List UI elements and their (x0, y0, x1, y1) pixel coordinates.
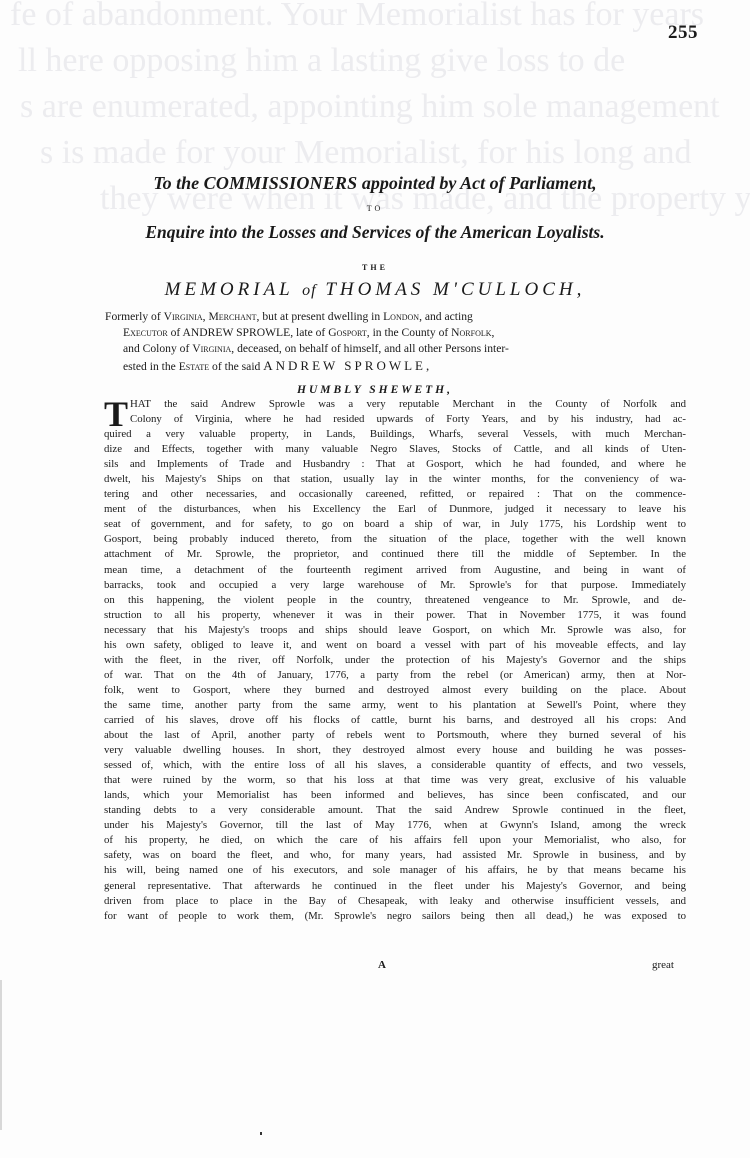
body-line: sils and Implements of Trade and Husband… (104, 457, 686, 472)
body-line: for want of people to work them, (Mr. Sp… (104, 909, 686, 924)
text-run: , and acting (419, 310, 473, 323)
addressee-caps: COMMISSIONERS (204, 173, 358, 193)
body-line: ment of the disturbances, when his Excel… (104, 502, 686, 517)
catchword: great (652, 959, 674, 971)
purpose-heading: Enquire into the Losses and Services of … (0, 222, 750, 243)
body-line: his own safety, obliged to leave it, and… (104, 638, 686, 653)
body-line: tering and other necessaries, and occasi… (104, 487, 686, 502)
memorial-of: of (302, 282, 316, 299)
memorial-name: THOMAS M'CULLOCH, (325, 279, 585, 300)
memorial-title: MEMORIAL of THOMAS M'CULLOCH, (0, 279, 750, 301)
body-lines: HAT the said Andrew Sprowle was a very r… (104, 397, 686, 924)
bleed-line: ll here opposing him a lasting give loss… (0, 38, 750, 84)
text-run: Norfolk (451, 326, 491, 339)
body-line: struction to all his property, whenever … (104, 608, 686, 623)
text-run: Virginia (192, 342, 231, 355)
body-line: under his Majesty's Governor, till the l… (104, 818, 686, 833)
body-line: carried of his slaves, drove off his flo… (104, 713, 686, 728)
bleed-line: fe of abandonment. Your Memorialist has … (0, 0, 750, 38)
body-line: Gosport, being probably induced thereto,… (104, 532, 686, 547)
body-line: the same time, another party from the sa… (104, 698, 686, 713)
body-line: dize and Effects, together with many val… (104, 442, 686, 457)
body-line: sessed of, which, with the entire loss o… (104, 758, 686, 773)
addressee-suffix: appointed by Act of Parliament, (362, 173, 597, 193)
description-line: Formerly of Virginia, Merchant, but at p… (105, 309, 685, 325)
drop-cap: T (104, 399, 128, 429)
text-run: , but at present dwelling in (257, 310, 384, 323)
body-line: attachment of Mr. Sprowle, the proprieto… (104, 547, 686, 562)
text-run: Executor (123, 326, 168, 339)
body-line: HAT the said Andrew Sprowle was a very r… (104, 397, 686, 412)
body-line: very valuable dwelling houses. In short,… (104, 743, 686, 758)
signature-mark: A (378, 959, 386, 971)
body-line: barracks, took and occupied a very large… (104, 578, 686, 593)
body-line: folk, went to Gosport, where they burned… (104, 683, 686, 698)
description-line: ested in the Estate of the said ANDREW S… (105, 358, 685, 375)
body-line: about the last of April, another party o… (104, 728, 686, 743)
bleed-line: s are enumerated, appointing him sole ma… (0, 84, 750, 130)
text-run: Formerly of (105, 310, 164, 323)
body-line: standing debts to a very considerable am… (104, 803, 686, 818)
text-run: Merchant (208, 310, 256, 323)
the-line: THE (0, 263, 750, 272)
body-line: of his property, he died, on which the c… (104, 833, 686, 848)
paper-speck (260, 1132, 262, 1135)
body-line: with the fleet, in the river, off Norfol… (104, 653, 686, 668)
text-run: , in the County of (367, 326, 451, 339)
text-run: ested in the (123, 360, 179, 373)
text-run: Virginia (164, 310, 203, 323)
text-run: ANDREW SPROWLE, (263, 358, 432, 373)
description-line: Executor of ANDREW SPROWLE, late of Gosp… (105, 325, 685, 341)
body-line: safety, was on board the fleet, and who,… (104, 848, 686, 863)
body-line: lands, which your Memorialist has been i… (104, 788, 686, 803)
body-line: of war. That on the 4th of January, 1776… (104, 668, 686, 683)
body-line: his will, being named one of his executo… (104, 863, 686, 878)
body-line: dwelt, his Majesty's Ships on that stati… (104, 472, 686, 487)
body-line: driven from place to place in the Bay of… (104, 894, 686, 909)
body-line: Colony of Virginia, where he had resided… (104, 412, 686, 427)
addressee-heading: To the COMMISSIONERS appointed by Act of… (0, 173, 750, 194)
body-line: general representative. That afterwards … (104, 879, 686, 894)
addressee-prefix: To the (153, 173, 199, 193)
text-run: and Colony of (123, 342, 192, 355)
body-line: on this happening, the violent people in… (104, 593, 686, 608)
page-edge-shadow (0, 980, 2, 1130)
description-line: and Colony of Virginia, deceased, on beh… (105, 341, 685, 357)
text-run: of ANDREW SPROWLE, late of (168, 326, 328, 339)
page-number: 255 (668, 22, 698, 44)
bleed-line: s is made for your Memorialist, for his … (0, 130, 750, 176)
memorial-body: T HAT the said Andrew Sprowle was a very… (104, 397, 686, 924)
text-run: , deceased, on behalf of himself, and al… (231, 342, 509, 355)
body-line: necessary that his Majesty's troops and … (104, 623, 686, 638)
memorial-word: MEMORIAL (165, 279, 294, 300)
body-line: mean time, a detachment of the fourteent… (104, 563, 686, 578)
text-run: of the said (209, 360, 263, 373)
memorialist-description: Formerly of Virginia, Merchant, but at p… (105, 309, 685, 375)
text-run: , (492, 326, 495, 339)
to-line: TO (0, 204, 750, 213)
body-line: seat of government, and for safety, to g… (104, 517, 686, 532)
text-run: Gosport (328, 326, 367, 339)
text-run: London (383, 310, 419, 323)
text-run: Estate (179, 360, 209, 373)
body-line: that were ruined by the worm, so that hi… (104, 773, 686, 788)
body-line: quired a very valuable property, in Land… (104, 427, 686, 442)
